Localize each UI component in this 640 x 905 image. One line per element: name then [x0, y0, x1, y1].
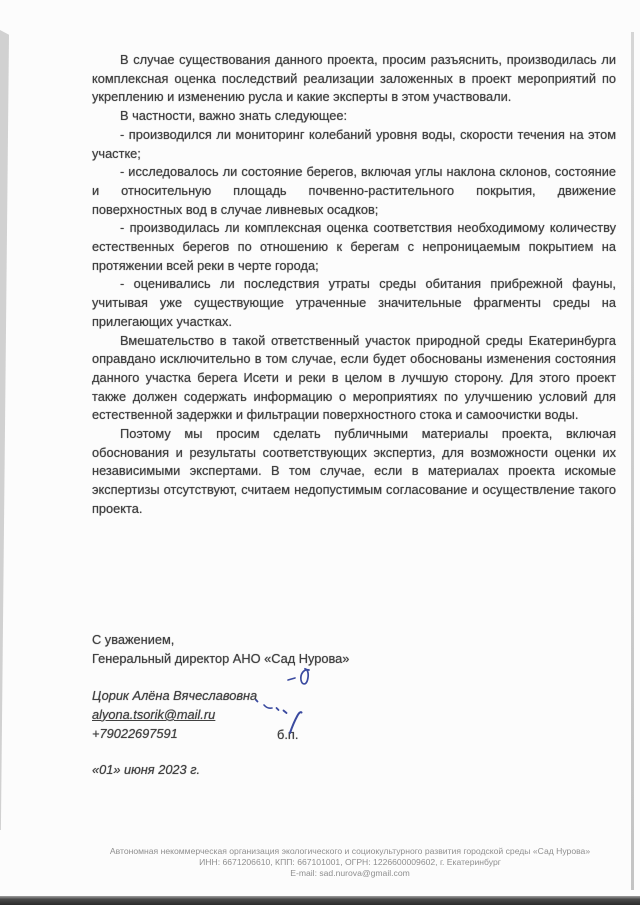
scan-edge-left [0, 30, 9, 830]
signature-email: alyona.tsorik@mail.ru [92, 706, 492, 725]
letter-bullet-paragraph: - оценивались ли последствия утраты сред… [92, 275, 616, 331]
scan-edge-bottom [0, 896, 640, 905]
letter-bullet-paragraph: - исследовалось ли состояние берегов, вк… [92, 163, 616, 219]
seal-note: б.п. [277, 726, 298, 745]
letter-paragraph: Вмешательство в такой ответственный учас… [92, 332, 616, 426]
signature-name: Цорик Алёна Вячеславовна [92, 687, 492, 706]
scanned-letter-page: В случае существования данного проекта, … [0, 0, 640, 905]
letter-bullet-paragraph: - производился ли мониторинг колебаний у… [92, 126, 616, 163]
letter-date: «01» июня 2023 г. [92, 761, 200, 780]
letter-bullet-paragraph: - производилась ли комплексная оценка со… [92, 219, 616, 275]
letter-body: В случае существования данного проекта, … [92, 51, 616, 519]
letter-paragraph: В случае существования данного проекта, … [92, 51, 616, 107]
footer-org-name: Автономная некоммерческая организация эк… [60, 846, 640, 857]
spacer [92, 668, 492, 687]
letter-paragraph: В частности, важно знать следующее: [92, 107, 616, 126]
footer-email: E-mail: sad.nurova@gmail.com [60, 868, 640, 879]
signature-title: Генеральный директор АНО «Сад Нурова» [92, 650, 492, 669]
footer-registration-ids: ИНН: 6671206610, КПП: 667101001, ОГРН: 1… [60, 857, 640, 868]
signature-closing: С уважением, [92, 631, 492, 650]
letter-paragraph: Поэтому мы просим сделать публичными мат… [92, 425, 616, 519]
scan-edge-right [631, 32, 634, 890]
letterhead-footer: Автономная некоммерческая организация эк… [60, 846, 640, 879]
